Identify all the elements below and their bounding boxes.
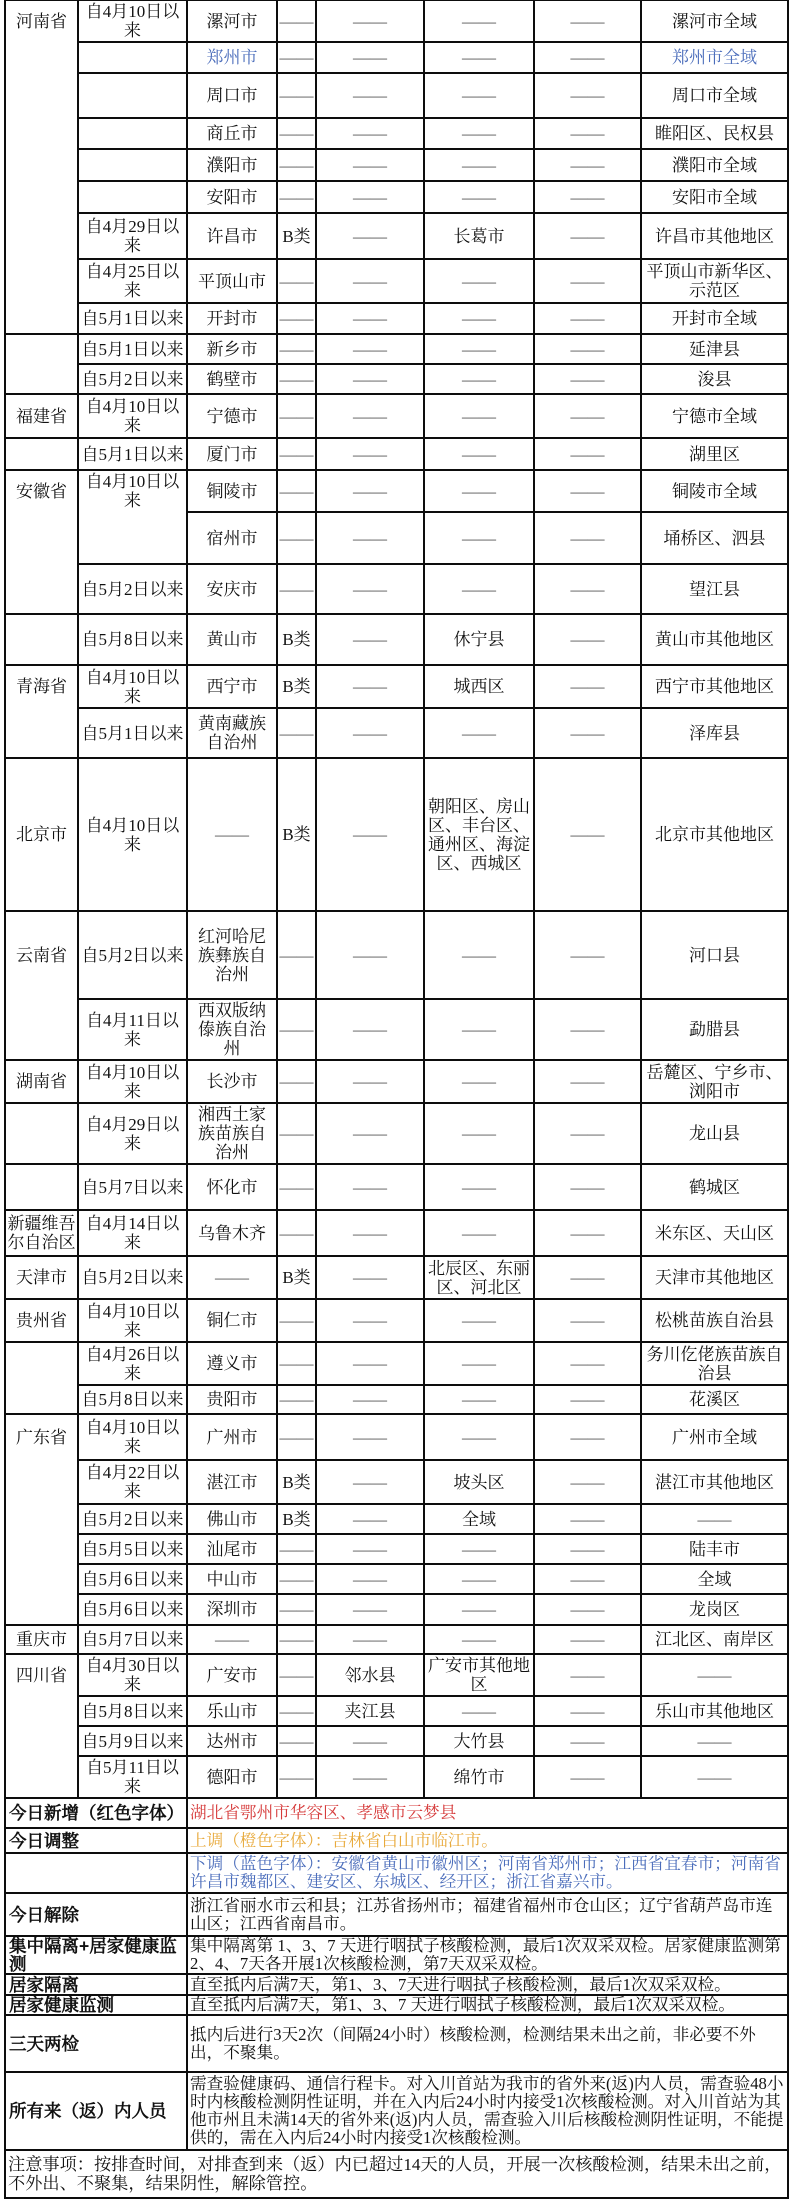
province-cell: 福建省: [5, 394, 78, 438]
province-cell: [5, 438, 78, 470]
dash-placeholder: ——: [316, 1564, 424, 1594]
region-row: 自5月8日以来贵阳市————————花溪区: [5, 1385, 788, 1414]
dash-placeholder: ——: [534, 1654, 641, 1696]
dash-placeholder: ——: [277, 1594, 316, 1625]
province-cell: [5, 1103, 78, 1164]
dash-placeholder: ——: [277, 708, 316, 758]
dash-placeholder: ——: [424, 1534, 534, 1564]
dash-placeholder: ——: [424, 1060, 534, 1103]
since-date-cell: 自4月10日以来: [78, 470, 187, 564]
measure-2-cell: 长葛市: [424, 213, 534, 259]
category-cell: B类: [277, 213, 316, 259]
city-cell: 漯河市: [187, 0, 277, 42]
summary-text: 湖北省鄂州市华容区、孝感市云梦县: [187, 1798, 788, 1828]
since-date-label: 自5月8日以来: [79, 630, 186, 649]
measure-1-cell: 夹江县: [316, 1696, 424, 1726]
area-cell: 务川仡佬族苗族自治县: [641, 1342, 788, 1385]
city-cell: 遵义市: [187, 1342, 277, 1385]
area-cell: 全域: [641, 1564, 788, 1594]
dash-placeholder: ——: [277, 1654, 316, 1696]
category-cell: B类: [277, 1460, 316, 1504]
area-cell: 铜陵市全域: [641, 470, 788, 512]
dash-placeholder: ——: [424, 0, 534, 42]
area-cell: 宁德市全域: [641, 394, 788, 438]
dash-placeholder: ——: [316, 1460, 424, 1504]
area-cell: 河口县: [641, 911, 788, 999]
summary-text: 集中隔离第 1、3、7 天进行咽拭子核酸检测，最后1次双采双检。居家健康监测第2…: [187, 1936, 788, 1974]
dash-placeholder: ——: [534, 181, 641, 213]
dash-placeholder: ——: [534, 1594, 641, 1625]
dash-placeholder: ——: [534, 73, 641, 118]
note-row: 注意事项：按排查时间，对排查到来（返）内已超过14天的人员，开展一次核酸检测，结…: [5, 2150, 788, 2198]
dash-placeholder: ——: [316, 1342, 424, 1385]
dash-placeholder: ——: [534, 999, 641, 1060]
dash-placeholder: ——: [534, 1385, 641, 1414]
region-row: 自4月29日以来湘西土家族苗族自治州————————龙山县: [5, 1103, 788, 1164]
area-cell: 广州市全域: [641, 1414, 788, 1460]
dash-placeholder: ——: [534, 438, 641, 470]
city-cell: 怀化市: [187, 1164, 277, 1210]
dash-placeholder: ——: [534, 911, 641, 999]
summary-text: 浙江省丽水市云和县；江苏省扬州市；福建省福州市仓山区；辽宁省葫芦岛市连山区；江西…: [187, 1893, 788, 1936]
dash-placeholder: ——: [316, 1534, 424, 1564]
since-date-cell: 自4月26日以来: [78, 1342, 187, 1385]
dash-placeholder: ——: [277, 1103, 316, 1164]
summary-label: [5, 1853, 187, 1893]
province-label: 贵州省: [7, 1311, 76, 1330]
dash-placeholder: ——: [534, 1060, 641, 1103]
dash-placeholder: ——: [277, 1385, 316, 1414]
dash-placeholder: ——: [424, 1164, 534, 1210]
dash-placeholder: ——: [316, 911, 424, 999]
since-date-cell: 自4月11日以来: [78, 999, 187, 1060]
province-label: [7, 335, 76, 363]
measure-2-cell: 广安市其他地区: [424, 1654, 534, 1696]
area-cell: 许昌市其他地区: [641, 213, 788, 259]
dash-placeholder: ——: [316, 1756, 424, 1798]
dash-placeholder: ——: [277, 394, 316, 438]
dash-placeholder: ——: [424, 1696, 534, 1726]
dash-placeholder: ——: [277, 564, 316, 614]
region-row: 商丘市————————睢阳区、民权县: [5, 118, 788, 149]
dash-placeholder: ——: [316, 73, 424, 118]
dash-placeholder: ——: [316, 512, 424, 564]
summary-row: 集中隔离+居家健康监测集中隔离第 1、3、7 天进行咽拭子核酸检测，最后1次双采…: [5, 1936, 788, 1974]
since-date-label: 自5月6日以来: [79, 1570, 186, 1589]
dash-placeholder: ——: [277, 1210, 316, 1256]
province-cell: [5, 614, 78, 665]
province-label: 青海省: [7, 666, 76, 707]
since-date-cell: 自5月1日以来: [78, 334, 187, 364]
summary-label: 今日调整: [5, 1828, 187, 1853]
region-row: 四川省自4月30日以来广安市——邻水县广安市其他地区————: [5, 1654, 788, 1696]
since-date-cell: 自5月7日以来: [78, 1625, 187, 1654]
city-cell: 许昌市: [187, 213, 277, 259]
dash-placeholder: ——: [316, 1210, 424, 1256]
since-date-cell: 自5月1日以来: [78, 438, 187, 470]
area-cell: 乐山市其他地区: [641, 1696, 788, 1726]
area-cell: 平顶山市新华区、示范区: [641, 259, 788, 303]
since-date-label: 自4月10日以来: [79, 1302, 186, 1340]
measure-2-cell: 朝阳区、房山区、丰台区、通州区、海淀区、西城区: [424, 758, 534, 911]
summary-label: 集中隔离+居家健康监测: [5, 1936, 187, 1974]
since-date-cell: 自4月14日以来: [78, 1210, 187, 1256]
city-cell: 开封市: [187, 303, 277, 334]
region-row: 自5月2日以来安庆市————————望江县: [5, 564, 788, 614]
dash-placeholder: ——: [534, 42, 641, 73]
summary-text: 需查验健康码、通信行程卡。对入川首站为我市的省外来(返)内人员，需查验48小时内…: [187, 2072, 788, 2150]
dash-placeholder: ——: [534, 1564, 641, 1594]
since-date-cell: 自5月11日以来: [78, 1756, 187, 1798]
province-cell: [5, 334, 78, 394]
dash-placeholder: ——: [316, 1256, 424, 1299]
since-date-cell: 自5月5日以来: [78, 1534, 187, 1564]
region-row: 北京市自4月10日以来——B类——朝阳区、房山区、丰台区、通州区、海淀区、西城区…: [5, 758, 788, 911]
dash-placeholder: ——: [534, 149, 641, 181]
dash-placeholder: ——: [277, 438, 316, 470]
dash-placeholder: ——: [277, 470, 316, 512]
dash-placeholder: ——: [187, 1625, 277, 1654]
dash-placeholder: ——: [424, 1385, 534, 1414]
since-date-cell: 自5月1日以来: [78, 303, 187, 334]
dash-placeholder: ——: [424, 708, 534, 758]
dash-placeholder: ——: [424, 1299, 534, 1342]
city-cell: 厦门市: [187, 438, 277, 470]
region-row: 自5月2日以来佛山市B类——全域————: [5, 1504, 788, 1534]
since-date-label: 自5月2日以来: [79, 1268, 186, 1287]
since-date-cell: 自5月6日以来: [78, 1564, 187, 1594]
summary-row: 三天两检抵内后进行3天2次（间隔24小时）核酸检测，检测结果未出之前，非必要不外…: [5, 2015, 788, 2072]
summary-label: 所有来（返）内人员: [5, 2072, 187, 2150]
province-label: 福建省: [7, 407, 76, 426]
since-date-label: 自4月10日以来: [79, 397, 186, 435]
region-row: 自5月9日以来达州市————大竹县————: [5, 1726, 788, 1756]
dash-placeholder: ——: [316, 1103, 424, 1164]
region-row: 安徽省自4月10日以来铜陵市————————铜陵市全域: [5, 470, 788, 512]
province-label: 河南省: [7, 1, 76, 41]
since-date-label: 自4月10日以来: [79, 1063, 186, 1101]
dash-placeholder: ——: [424, 259, 534, 303]
city-cell: 达州市: [187, 1726, 277, 1756]
since-date-cell: [78, 73, 187, 118]
region-row: 自5月7日以来怀化市————————鹤城区: [5, 1164, 788, 1210]
dash-placeholder: ——: [316, 564, 424, 614]
region-row: 福建省自4月10日以来宁德市————————宁德市全域: [5, 394, 788, 438]
dash-placeholder: ——: [424, 118, 534, 149]
province-label: 新疆维吾尔自治区: [7, 1214, 76, 1252]
area-cell: 陆丰市: [641, 1534, 788, 1564]
area-cell: 泽库县: [641, 708, 788, 758]
region-row: 自5月6日以来深圳市————————龙岗区: [5, 1594, 788, 1625]
area-cell: 米东区、天山区: [641, 1210, 788, 1256]
area-cell: 延津县: [641, 334, 788, 364]
measure-2-cell: 城西区: [424, 665, 534, 708]
since-date-label: 自5月1日以来: [79, 309, 186, 328]
dash-placeholder: ——: [277, 42, 316, 73]
dash-placeholder: ——: [316, 708, 424, 758]
dash-placeholder: ——: [277, 1756, 316, 1798]
dash-placeholder: ——: [277, 1299, 316, 1342]
since-date-label: 自4月30日以来: [79, 1656, 186, 1694]
city-cell: 铜陵市: [187, 470, 277, 512]
province-label: 安徽省: [7, 471, 76, 511]
region-row: 自4月22日以来湛江市B类——坡头区——湛江市其他地区: [5, 1460, 788, 1504]
since-date-label: 自5月7日以来: [79, 1178, 186, 1197]
measure-2-cell: 大竹县: [424, 1726, 534, 1756]
region-row: 自4月11日以来西双版纳傣族自治州————————勐腊县: [5, 999, 788, 1060]
dash-placeholder: ——: [641, 1726, 788, 1756]
since-date-label: 自4月29日以来: [79, 1115, 186, 1153]
city-cell: 铜仁市: [187, 1299, 277, 1342]
summary-rows: 今日新增（红色字体）湖北省鄂州市华容区、孝感市云梦县今日调整上调（橙色字体）：吉…: [5, 1798, 788, 2198]
since-date-label: 自4月22日以来: [79, 1463, 186, 1501]
dash-placeholder: ——: [424, 1594, 534, 1625]
dash-placeholder: ——: [277, 1696, 316, 1726]
since-date-cell: 自5月8日以来: [78, 1385, 187, 1414]
dash-placeholder: ——: [277, 118, 316, 149]
since-date-cell: 自4月10日以来: [78, 1299, 187, 1342]
summary-label: 今日新增（红色字体）: [5, 1798, 187, 1828]
dash-placeholder: ——: [424, 999, 534, 1060]
dash-placeholder: ——: [316, 1385, 424, 1414]
province-label: 湖南省: [7, 1072, 76, 1091]
dash-placeholder: ——: [316, 438, 424, 470]
dash-placeholder: ——: [277, 181, 316, 213]
dash-placeholder: ——: [534, 0, 641, 42]
summary-row: 所有来（返）内人员需查验健康码、通信行程卡。对入川首站为我市的省外来(返)内人员…: [5, 2072, 788, 2150]
since-date-label: 自5月11日以来: [79, 1758, 186, 1796]
since-date-label: 自5月6日以来: [79, 1600, 186, 1619]
province-cell: 天津市: [5, 1256, 78, 1299]
region-row: 自4月25日以来平顶山市————————平顶山市新华区、示范区: [5, 259, 788, 303]
city-cell: 佛山市: [187, 1504, 277, 1534]
dash-placeholder: ——: [424, 1103, 534, 1164]
region-row: 自5月1日以来开封市————————开封市全域: [5, 303, 788, 334]
dash-placeholder: ——: [534, 1210, 641, 1256]
city-cell: 平顶山市: [187, 259, 277, 303]
province-cell: 新疆维吾尔自治区: [5, 1210, 78, 1256]
since-date-label: 自5月1日以来: [79, 445, 186, 464]
dash-placeholder: ——: [316, 42, 424, 73]
area-cell: 黄山市其他地区: [641, 614, 788, 665]
dash-placeholder: ——: [316, 1060, 424, 1103]
summary-label: 三天两检: [5, 2015, 187, 2072]
area-cell: 埇桥区、泗县: [641, 512, 788, 564]
summary-row: 居家健康监测直至抵内后满7天，第1、3、7 天进行咽拭子核酸检测，最后1次双采双…: [5, 1995, 788, 2015]
dash-placeholder: ——: [534, 614, 641, 665]
since-date-cell: 自4月10日以来: [78, 394, 187, 438]
dash-placeholder: ——: [187, 758, 277, 911]
area-cell: 江北区、南岸区: [641, 1625, 788, 1654]
city-cell: 安庆市: [187, 564, 277, 614]
dash-placeholder: ——: [534, 1756, 641, 1798]
area-cell: 郑州市全域: [641, 42, 788, 73]
dash-placeholder: ——: [641, 1654, 788, 1696]
since-date-cell: 自4月10日以来: [78, 758, 187, 911]
region-row: 自5月1日以来黄南藏族自治州————————泽库县: [5, 708, 788, 758]
city-cell: 西宁市: [187, 665, 277, 708]
since-date-label: 自4月26日以来: [79, 1345, 186, 1383]
dash-placeholder: ——: [316, 149, 424, 181]
dash-placeholder: ——: [534, 512, 641, 564]
region-row: 自5月8日以来黄山市B类——休宁县——黄山市其他地区: [5, 614, 788, 665]
summary-row: 今日新增（红色字体）湖北省鄂州市华容区、孝感市云梦县: [5, 1798, 788, 1828]
category-cell: B类: [277, 1504, 316, 1534]
province-cell: 青海省: [5, 665, 78, 758]
dash-placeholder: ——: [424, 73, 534, 118]
dash-placeholder: ——: [424, 438, 534, 470]
since-date-cell: [78, 181, 187, 213]
summary-row: 居家隔离直至抵内后满7天，第1、3、7天进行咽拭子核酸检测，最后1次双采双检。: [5, 1974, 788, 1995]
dash-placeholder: ——: [277, 259, 316, 303]
dash-placeholder: ——: [277, 1060, 316, 1103]
area-cell: 龙岗区: [641, 1594, 788, 1625]
dash-placeholder: ——: [316, 1625, 424, 1654]
region-row: 天津市自5月2日以来——B类——北辰区、东丽区、河北区——天津市其他地区: [5, 1256, 788, 1299]
dash-placeholder: ——: [316, 665, 424, 708]
since-date-label: 自5月5日以来: [79, 1540, 186, 1559]
dash-placeholder: ——: [277, 1564, 316, 1594]
dash-placeholder: ——: [424, 394, 534, 438]
since-date-cell: 自4月29日以来: [78, 1103, 187, 1164]
since-date-cell: 自5月7日以来: [78, 1164, 187, 1210]
city-cell: 商丘市: [187, 118, 277, 149]
since-date-cell: 自4月22日以来: [78, 1460, 187, 1504]
city-cell: 中山市: [187, 1564, 277, 1594]
area-cell: 漯河市全域: [641, 0, 788, 42]
dash-placeholder: ——: [316, 470, 424, 512]
dash-placeholder: ——: [316, 213, 424, 259]
province-label: 天津市: [7, 1268, 76, 1287]
dash-placeholder: ——: [534, 1103, 641, 1164]
dash-placeholder: ——: [424, 364, 534, 394]
dash-placeholder: ——: [424, 1414, 534, 1460]
since-date-cell: 自4月30日以来: [78, 1654, 187, 1696]
category-cell: B类: [277, 614, 316, 665]
area-cell: 勐腊县: [641, 999, 788, 1060]
province-cell: 重庆市: [5, 1625, 78, 1654]
risk-area-table: 河南省自4月10日以来漯河市————————漯河市全域郑州市————————郑州…: [4, 0, 789, 2199]
city-cell: 红河哈尼族彝族自治州: [187, 911, 277, 999]
province-label: 北京市: [7, 825, 76, 844]
dash-placeholder: ——: [316, 614, 424, 665]
region-row: 自5月2日以来鹤壁市————————浚县: [5, 364, 788, 394]
region-rows: 河南省自4月10日以来漯河市————————漯河市全域郑州市————————郑州…: [5, 0, 788, 1798]
province-cell: 广东省: [5, 1414, 78, 1625]
category-cell: B类: [277, 1256, 316, 1299]
dash-placeholder: ——: [187, 1256, 277, 1299]
area-cell: 开封市全域: [641, 303, 788, 334]
province-label: 广东省: [7, 1415, 76, 1459]
since-date-label: 自4月14日以来: [79, 1214, 186, 1252]
category-cell: B类: [277, 758, 316, 911]
dash-placeholder: ——: [316, 1164, 424, 1210]
dash-placeholder: ——: [277, 999, 316, 1060]
dash-placeholder: ——: [534, 1342, 641, 1385]
area-cell: 湖里区: [641, 438, 788, 470]
dash-placeholder: ——: [316, 1726, 424, 1756]
dash-placeholder: ——: [316, 1594, 424, 1625]
province-cell: [5, 1342, 78, 1414]
since-date-label: 自4月10日以来: [79, 668, 186, 706]
city-cell: 濮阳市: [187, 149, 277, 181]
region-row: 贵州省自4月10日以来铜仁市————————松桃苗族自治县: [5, 1299, 788, 1342]
dash-placeholder: ——: [534, 1625, 641, 1654]
city-cell: 黄南藏族自治州: [187, 708, 277, 758]
dash-placeholder: ——: [424, 1342, 534, 1385]
city-cell: 湛江市: [187, 1460, 277, 1504]
region-row: 重庆市自5月7日以来——————————江北区、南岸区: [5, 1625, 788, 1654]
dash-placeholder: ——: [534, 665, 641, 708]
dash-placeholder: ——: [277, 1414, 316, 1460]
region-row: 自4月29日以来许昌市B类——长葛市——许昌市其他地区: [5, 213, 788, 259]
dash-placeholder: ——: [424, 564, 534, 614]
dash-placeholder: ——: [534, 1414, 641, 1460]
since-date-cell: 自5月2日以来: [78, 911, 187, 999]
dash-placeholder: ——: [424, 911, 534, 999]
dash-placeholder: ——: [277, 1625, 316, 1654]
since-date-label: 自5月1日以来: [79, 724, 186, 743]
city-cell: 乌鲁木齐: [187, 1210, 277, 1256]
dash-placeholder: ——: [534, 118, 641, 149]
dash-placeholder: ——: [641, 1504, 788, 1534]
measure-2-cell: 全域: [424, 1504, 534, 1534]
since-date-label: 自5月1日以来: [79, 340, 186, 359]
summary-label: 今日解除: [5, 1893, 187, 1936]
area-cell: 龙山县: [641, 1103, 788, 1164]
area-cell: 湛江市其他地区: [641, 1460, 788, 1504]
dash-placeholder: ——: [316, 303, 424, 334]
dash-placeholder: ——: [316, 1504, 424, 1534]
area-cell: 鹤城区: [641, 1164, 788, 1210]
area-cell: 花溪区: [641, 1385, 788, 1414]
since-date-cell: 自5月6日以来: [78, 1594, 187, 1625]
dash-placeholder: ——: [534, 708, 641, 758]
area-cell: 望江县: [641, 564, 788, 614]
province-cell: 安徽省: [5, 470, 78, 614]
note-text: 注意事项：按排查时间，对排查到来（返）内已超过14天的人员，开展一次核酸检测，结…: [5, 2150, 788, 2198]
dash-placeholder: ——: [277, 73, 316, 118]
summary-row: 今日解除浙江省丽水市云和县；江苏省扬州市；福建省福州市仓山区；辽宁省葫芦岛市连山…: [5, 1893, 788, 1936]
measure-2-cell: 坡头区: [424, 1460, 534, 1504]
since-date-label: 自4月10日以来: [79, 471, 186, 511]
since-date-label: 自5月7日以来: [79, 1630, 186, 1649]
since-date-cell: 自5月1日以来: [78, 708, 187, 758]
since-date-label: 自5月8日以来: [79, 1390, 186, 1409]
dash-placeholder: ——: [316, 364, 424, 394]
area-cell: 西宁市其他地区: [641, 665, 788, 708]
city-cell: 西双版纳傣族自治州: [187, 999, 277, 1060]
dash-placeholder: ——: [534, 1696, 641, 1726]
dash-placeholder: ——: [277, 911, 316, 999]
since-date-cell: 自5月2日以来: [78, 364, 187, 394]
dash-placeholder: ——: [424, 470, 534, 512]
region-row: 自5月6日以来中山市————————全域: [5, 1564, 788, 1594]
city-cell: 安阳市: [187, 181, 277, 213]
dash-placeholder: ——: [277, 512, 316, 564]
dash-placeholder: ——: [534, 470, 641, 512]
since-date-cell: [78, 118, 187, 149]
measure-1-cell: 邻水县: [316, 1654, 424, 1696]
dash-placeholder: ——: [316, 999, 424, 1060]
since-date-label: 自5月2日以来: [79, 946, 186, 965]
area-cell: 松桃苗族自治县: [641, 1299, 788, 1342]
since-date-cell: 自5月2日以来: [78, 1256, 187, 1299]
since-date-label: 自4月29日以来: [79, 217, 186, 255]
since-date-label: 自4月25日以来: [79, 262, 186, 300]
region-row: 自4月26日以来遵义市————————务川仡佬族苗族自治县: [5, 1342, 788, 1385]
dash-placeholder: ——: [534, 1256, 641, 1299]
